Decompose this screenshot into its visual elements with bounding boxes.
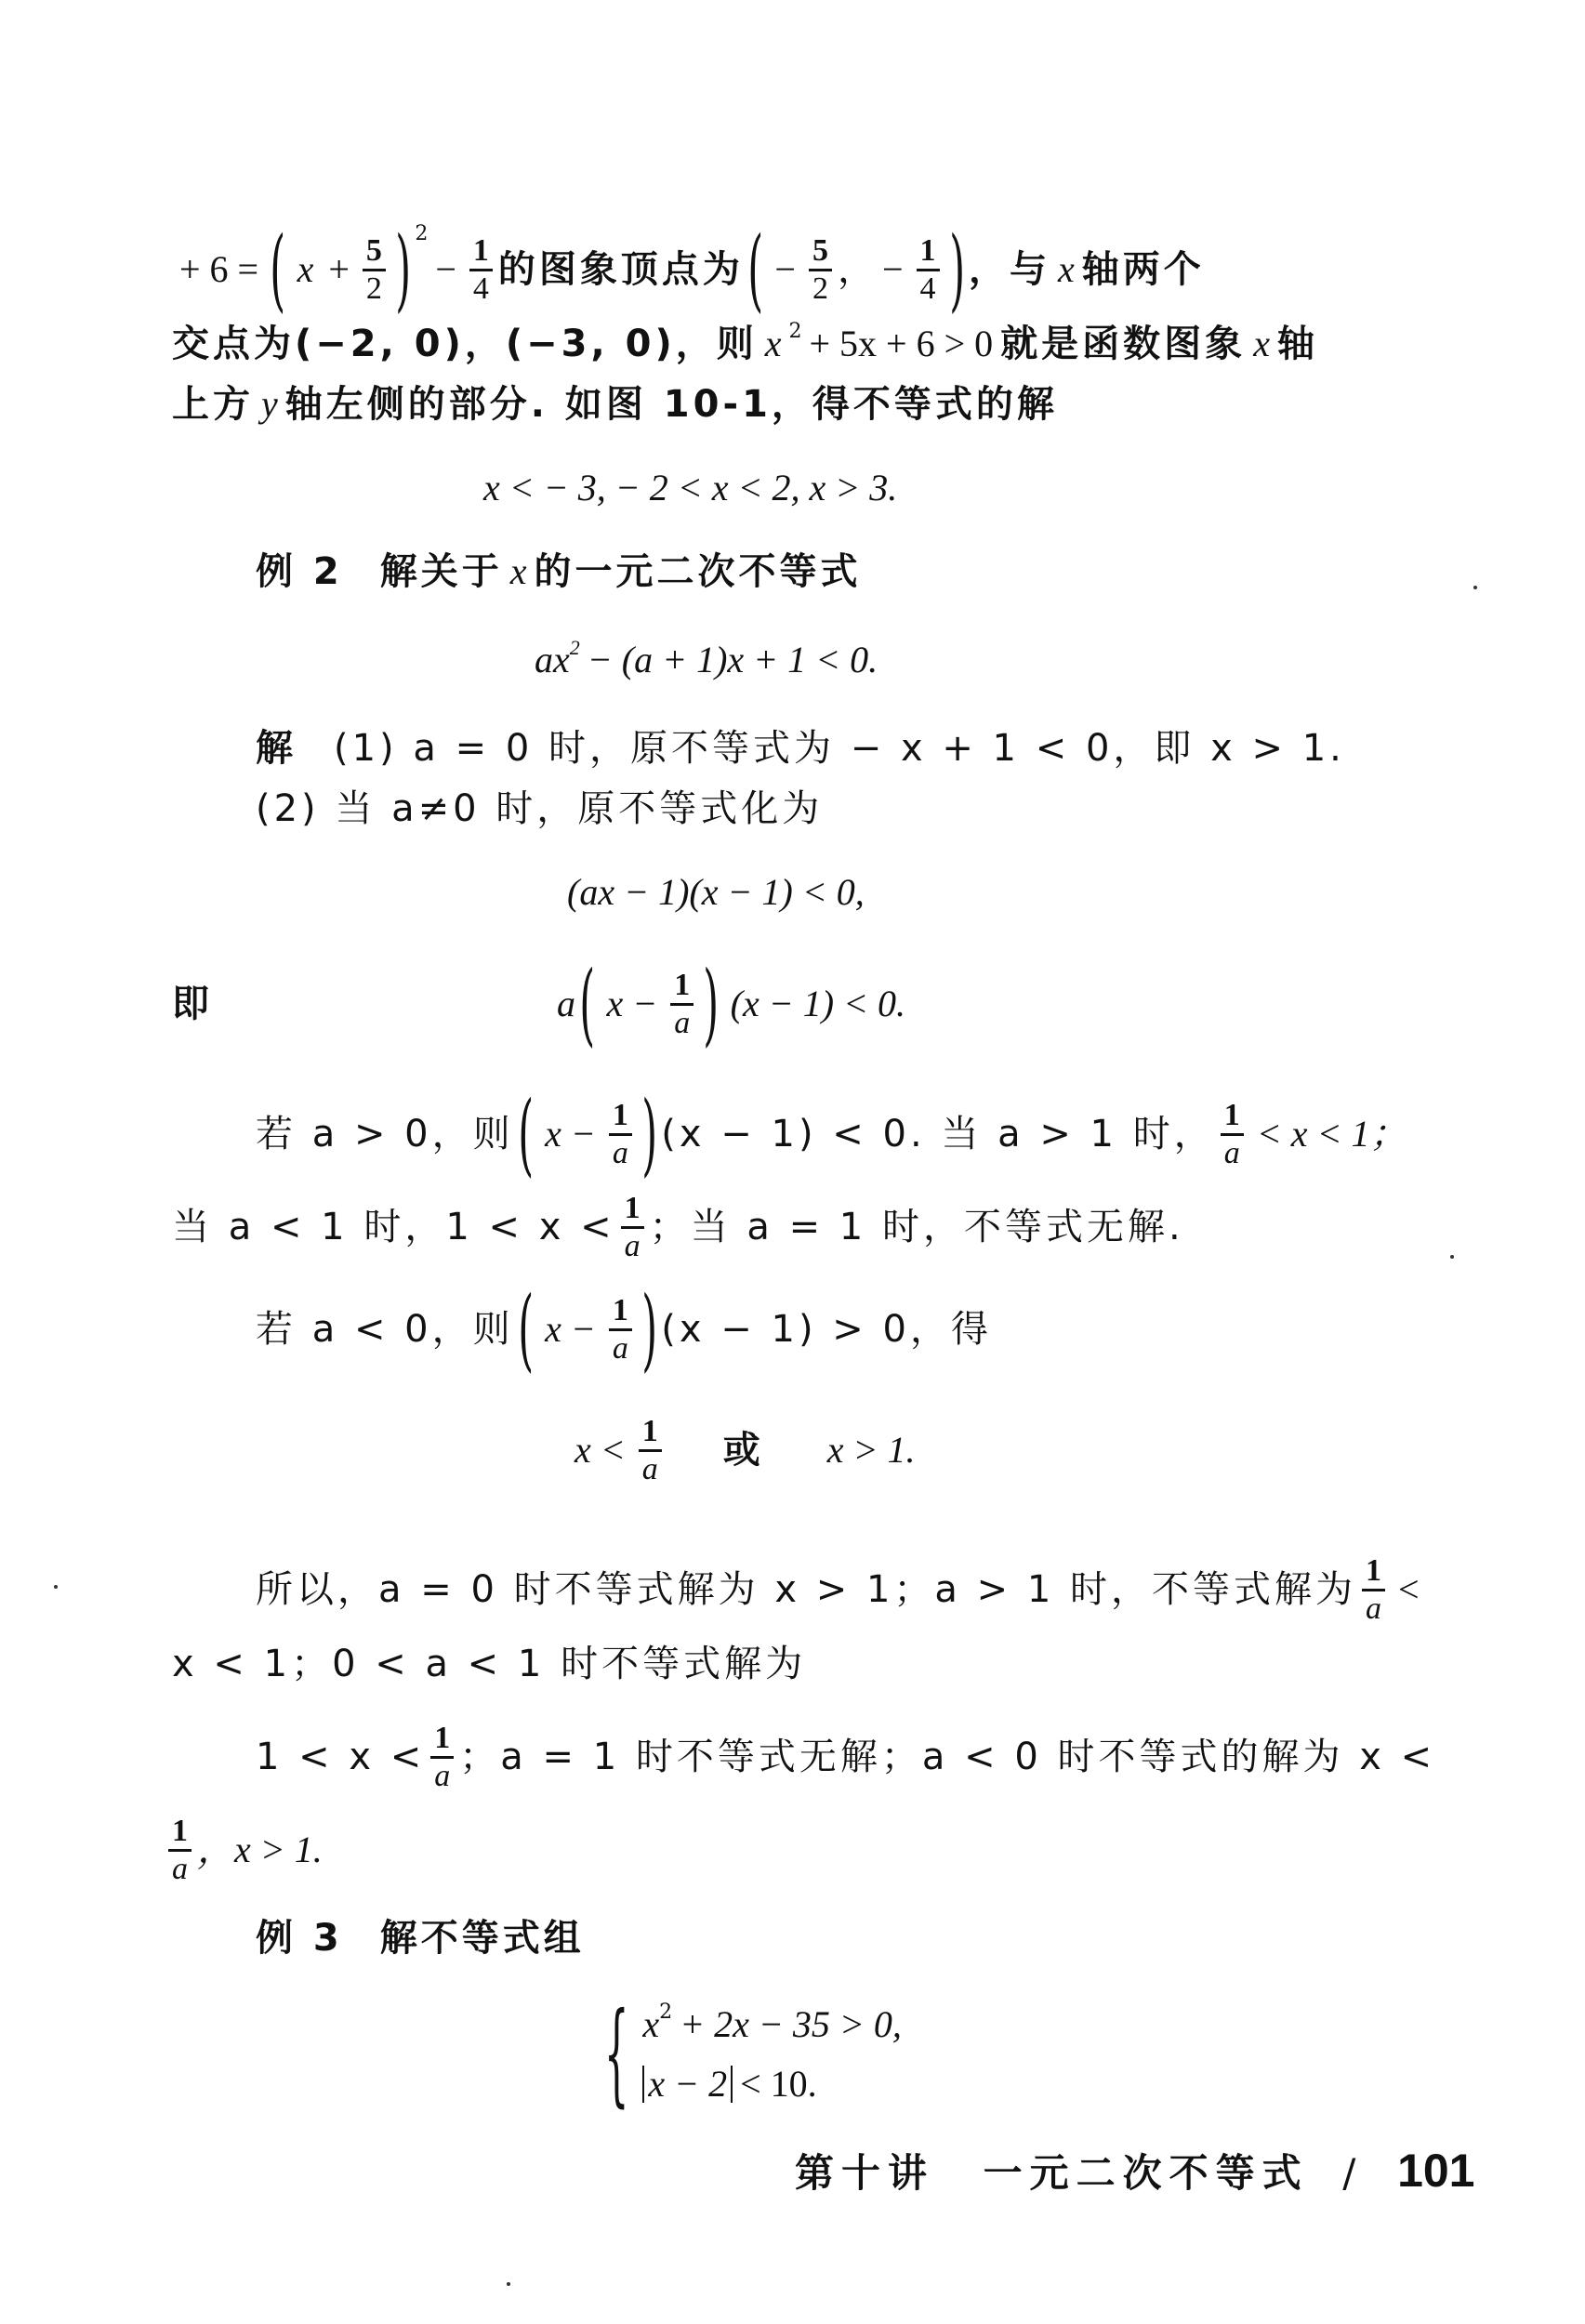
expression: (ax − 1)(x − 1) < 0, (567, 874, 865, 911)
left-paren: ( (518, 1089, 534, 1179)
system-eq-2: x − 2 < 10. (642, 2066, 909, 2103)
case-a-positive: 若 a > 0，则 ( x − 1a ) (x − 1) < 0. 当 a > … (256, 1092, 1414, 1176)
term: x > 1. (827, 1432, 916, 1469)
term: x − (545, 1311, 596, 1348)
fraction-1-a: 1a (639, 1416, 662, 1486)
term: x − (545, 1116, 596, 1153)
line-vertex-expression: + 6 = ( x + 52 ) 2 − 14 的图象顶点为 ( − 52 ， … (172, 228, 1205, 311)
exponent: 2 (789, 322, 802, 342)
comma: ， (838, 251, 875, 288)
separator: / (1342, 2150, 1363, 2196)
text: 解不等式组 (380, 1920, 585, 1957)
expression: + 2x − 35 > 0, (680, 2006, 902, 2043)
text: (1) a = 0 时，原不等式为 − x + 1 < 0，即 x > 1. (334, 730, 1345, 767)
exponent: 2 (415, 224, 428, 244)
right-paren: ) (704, 959, 720, 1049)
absolute-value: x − 2 (642, 2066, 733, 2103)
expression: − (a + 1)x + 1 < 0. (588, 641, 878, 679)
line-intersections: 交点为(−2, 0)，(−3, 0)，则 x 2 + 5x + 6 > 0 就是… (172, 325, 1318, 363)
term: < (1398, 1571, 1420, 1608)
term: x < (575, 1432, 626, 1469)
text: ；a = 1 时不等式无解；a < 0 时不等式的解为 x < (459, 1738, 1435, 1776)
plus: + (328, 251, 350, 288)
scan-speck (54, 1585, 58, 1589)
case-a-negative-result: x < 1a 或 x > 1. (567, 1408, 923, 1492)
left-paren: ( (579, 959, 595, 1049)
var-y: y (261, 386, 278, 423)
left-paren: ( (270, 225, 285, 314)
fraction-1-a: 1a (621, 1193, 644, 1262)
text: (x − 1) > 0，得 (661, 1311, 992, 1348)
left-paren: ( (518, 1285, 534, 1374)
solution-label: 解 (256, 730, 297, 767)
text: 1 < x < (256, 1738, 425, 1776)
factored-inequality: (ax − 1)(x − 1) < 0, (567, 874, 865, 911)
left-brace: { (604, 1999, 629, 2110)
var-x: x (1253, 325, 1270, 363)
text: (2) 当 a≠0 时，原不等式化为 (256, 790, 823, 827)
fraction-1-4: 14 (917, 235, 940, 305)
minus: − (882, 251, 904, 288)
text: 的图象顶点为 (498, 251, 744, 288)
summary-line-4: 1a ，x > 1. (163, 1808, 323, 1892)
var-x: x (297, 251, 314, 288)
case-a-negative: 若 a < 0，则 ( x − 1a ) (x − 1) > 0，得 (256, 1287, 992, 1371)
var-x: x (765, 325, 782, 363)
text: 所以，a = 0 时不等式解为 x > 1；a > 1 时，不等式解为 (256, 1571, 1356, 1608)
text: 的一元二次不等式 (535, 553, 862, 590)
chapter-title: 一元二次不等式 (984, 2150, 1309, 2196)
text: 解关于 (380, 553, 503, 590)
fraction-1-4: 14 (469, 235, 493, 305)
var-x: x (510, 553, 527, 590)
solution-case-1: 解 (1) a = 0 时，原不等式为 − x + 1 < 0，即 x > 1. (256, 730, 1345, 767)
example-label: 例 3 (256, 1920, 343, 1957)
right-paren: ) (641, 1285, 657, 1374)
var-x: x (1058, 251, 1075, 288)
text: 若 a > 0，则 (256, 1116, 514, 1153)
fraction-1-a: 1a (670, 970, 693, 1039)
summary-line-1: 所以，a = 0 时不等式解为 x > 1；a > 1 时，不等式解为 1a < (256, 1548, 1427, 1631)
fraction-1-a: 1a (1362, 1555, 1385, 1625)
text: x < 1；0 < a < 1 时不等式解为 (172, 1645, 806, 1683)
text: 轴两个 (1082, 251, 1205, 288)
fraction-1-a: 1a (168, 1816, 192, 1885)
fraction-1-a: 1a (430, 1723, 454, 1792)
or-word: 或 (723, 1432, 764, 1469)
solution-display-1: x < − 3, − 2 < x < 2, x > 3. (483, 469, 897, 507)
example-label: 例 2 (256, 553, 343, 590)
example-3-heading: 例 3 解不等式组 (256, 1920, 585, 1957)
text: 若 a < 0，则 (256, 1311, 514, 1348)
label: 即 (172, 985, 213, 1023)
chapter-label: 第十讲 (795, 2150, 934, 2196)
scan-speck (1450, 1255, 1454, 1259)
expression: < 10. (740, 2066, 817, 2103)
lead-expr: + 6 = (179, 251, 258, 288)
expression: a ( x − 1a ) (x − 1) < 0. (557, 959, 913, 1049)
left-paren: ( (747, 225, 763, 314)
minus: − (774, 251, 796, 288)
scan-speck (1473, 586, 1477, 589)
var-a: a (557, 985, 575, 1023)
system-eq-1: x 2 + 2x − 35 > 0, (642, 2006, 909, 2043)
case-a-less-than-1: 当 a < 1 时，1 < x < 1a ；当 a = 1 时，不等式无解. (172, 1185, 1184, 1269)
page-footer: 第十讲 一元二次不等式 / 101 (795, 2143, 1475, 2199)
example-3-system: { x 2 + 2x − 35 > 0, x − 2 < 10. (581, 1999, 909, 2110)
text: ；当 a = 1 时，不等式无解. (650, 1208, 1184, 1246)
text: 交点为(−2, 0)，(−3, 0)，则 (172, 325, 758, 363)
expression: x < − 3, − 2 < x < 2, x > 3. (483, 469, 897, 507)
term: (x − 1) < 0. (731, 985, 905, 1023)
line-figure-ref: 上方 y 轴左侧的部分. 如图 10-1，得不等式的解 (172, 386, 1058, 423)
page-number: 101 (1397, 2145, 1474, 2197)
fraction-5-2: 52 (363, 235, 386, 305)
scan-speck (507, 2282, 510, 2286)
system-equations: x 2 + 2x − 35 > 0, x − 2 < 10. (642, 2006, 909, 2103)
exponent: 2 (570, 638, 580, 658)
text: ，与 (969, 251, 1050, 288)
text: 当 a < 1 时，1 < x < (172, 1208, 615, 1246)
term: < x < 1； (1257, 1116, 1407, 1153)
minus: − (435, 251, 456, 288)
term: ax (535, 641, 570, 679)
text: 轴左侧的部分. 如图 10-1，得不等式的解 (285, 386, 1058, 423)
summary-line-3: 1 < x < 1a ；a = 1 时不等式无解；a < 0 时不等式的解为 x… (256, 1715, 1435, 1799)
right-paren: ) (949, 225, 965, 314)
text: 就是函数图象 (1000, 325, 1246, 363)
right-paren: ) (641, 1089, 657, 1179)
expression: + 5x + 6 > 0 (810, 325, 994, 363)
fraction-5-2: 52 (809, 235, 832, 305)
right-paren: ) (395, 225, 411, 314)
text: 轴 (1277, 325, 1318, 363)
solution-case-2: (2) 当 a≠0 时，原不等式化为 (256, 790, 823, 827)
summary-line-2: x < 1；0 < a < 1 时不等式解为 (172, 1645, 806, 1683)
line-ji: 即 a ( x − 1a ) (x − 1) < 0. (172, 962, 1473, 1046)
example-2-heading: 例 2 解关于 x 的一元二次不等式 (256, 553, 862, 590)
exponent: 2 (659, 2002, 672, 2023)
example-2-inequality: ax 2 − (a + 1)x + 1 < 0. (535, 641, 885, 679)
fraction-1-a: 1a (1221, 1100, 1244, 1169)
fraction-1-a: 1a (609, 1100, 632, 1169)
term: x − (606, 985, 657, 1023)
fraction-1-a: 1a (609, 1295, 632, 1365)
var-x: x (642, 2006, 659, 2043)
text: (x − 1) < 0. 当 a > 1 时， (661, 1116, 1214, 1153)
text: 上方 (172, 386, 254, 423)
term: ，x > 1. (197, 1831, 323, 1868)
